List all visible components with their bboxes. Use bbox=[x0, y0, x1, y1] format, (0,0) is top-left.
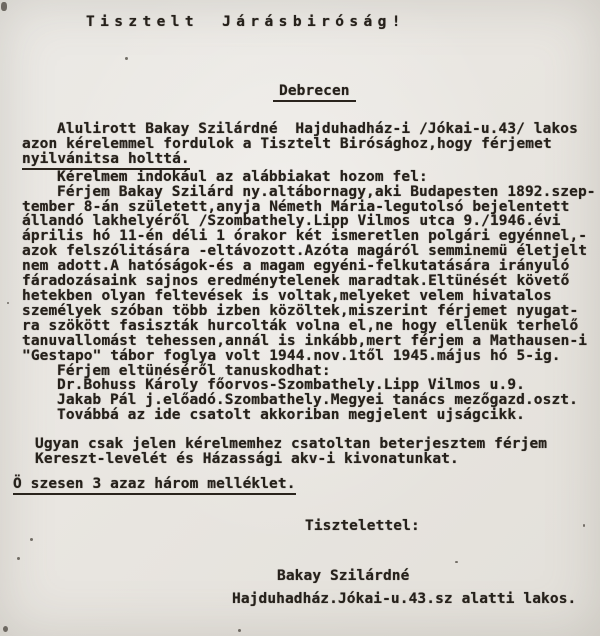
letter-body: Alulirott Bakay Szilárdné Hajduhadház-i … bbox=[22, 122, 596, 423]
document-line: Ugyan csak jelen kérelmemhez csatoltan b… bbox=[35, 437, 547, 452]
document-line: nem adott.A hatóságok-és a magam egyéni-… bbox=[22, 259, 596, 274]
document-line: hetekben olyan feltevések is voltak,mely… bbox=[22, 289, 596, 304]
document-line: Kérelmem indokául az alábbiakat hozom fe… bbox=[22, 170, 596, 185]
document-line: április hó 11-én déli 1 órakor két ismer… bbox=[22, 229, 596, 244]
document-line: Alulirott Bakay Szilárdné Hajduhadház-i … bbox=[22, 122, 596, 137]
document-line: Továbbá az ide csatolt akkoriban megjele… bbox=[22, 408, 596, 423]
underlined-request-text: nyilvánitsa holttá. bbox=[22, 152, 190, 170]
scan-speck bbox=[17, 557, 20, 560]
document-line: azon kérelemmel fordulok a Tisztelt Biró… bbox=[22, 137, 596, 152]
document-line: Kereszt-levelét és Házassági akv-i kivon… bbox=[35, 452, 547, 467]
document-line: azok felszólitására -eltávozott.Azóta ma… bbox=[22, 244, 596, 259]
attachments-paragraph: Ugyan csak jelen kérelmemhez csatoltan b… bbox=[35, 437, 547, 467]
scan-speck bbox=[583, 524, 585, 527]
signature-name: Bakay Szilárdné bbox=[277, 569, 409, 584]
document-line: ra szökött fasiszták hurcolták volna el,… bbox=[22, 319, 596, 334]
document-line: Jakab Pál j.előadó.Szombathely.Megyei ta… bbox=[22, 393, 596, 408]
salutation: Tisztelt Járásbiróság! bbox=[86, 15, 406, 30]
document-line: tanuvallomást tehessen,annál is inkább,m… bbox=[22, 334, 596, 349]
total-attachments-line: Ö szesen 3 azaz három melléklet. bbox=[13, 477, 296, 495]
document-line: személyek szóban több izben közöltek,mis… bbox=[22, 304, 596, 319]
scan-speck bbox=[7, 302, 9, 304]
document-line: nyilvánitsa holttá. bbox=[22, 152, 596, 170]
dateline: Debrecen bbox=[273, 84, 356, 102]
document-line: "Gestapo" tábor foglya volt 1944.nov.1tő… bbox=[22, 349, 596, 364]
scan-speck bbox=[3, 626, 8, 632]
dateline-text: Debrecen bbox=[273, 84, 356, 102]
document-line: Férjem Bakay Szilárd ny.altábornagy,aki … bbox=[22, 185, 596, 200]
closing: Tisztelettel: bbox=[305, 519, 420, 534]
scan-speck bbox=[1, 2, 7, 11]
scan-speck bbox=[238, 629, 241, 632]
scan-speck bbox=[125, 57, 128, 60]
scan-speck bbox=[455, 561, 458, 563]
scan-speck bbox=[30, 538, 33, 541]
total-attachments-text: Ö szesen 3 azaz három melléklet. bbox=[13, 477, 296, 495]
signature-address: Hajduhadház.Jókai-u.43.sz alatti lakos. bbox=[232, 592, 576, 607]
document-line: fáradozásaink sajnos eredménytelenek mar… bbox=[22, 274, 596, 289]
document-page: Tisztelt Járásbiróság! Debrecen Alulirot… bbox=[0, 0, 600, 636]
